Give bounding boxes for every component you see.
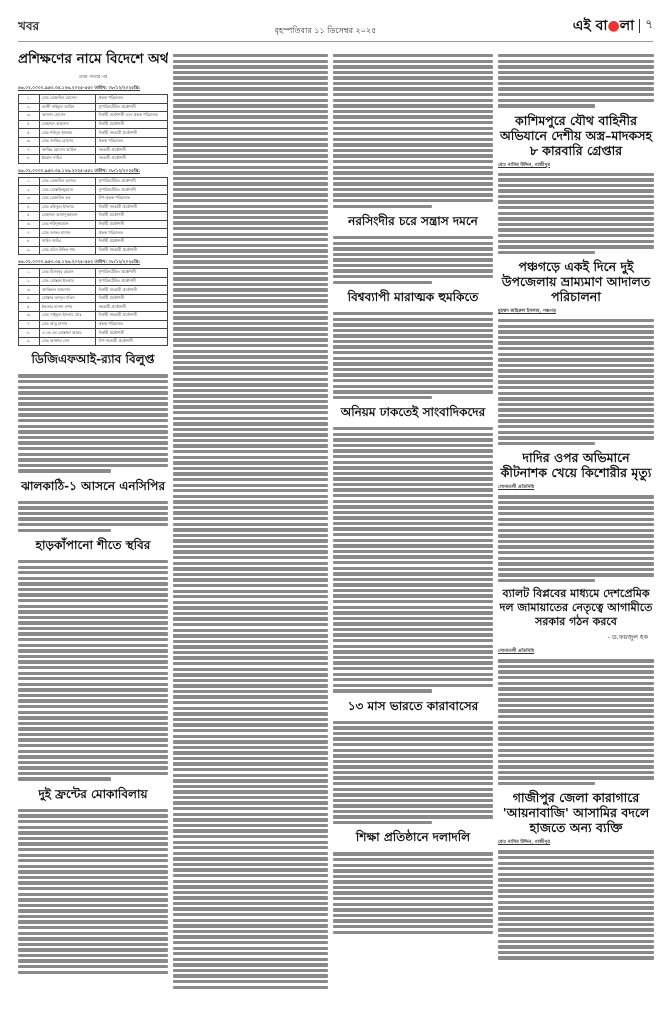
cell: ৪. (19, 120, 40, 129)
table-row: ৯.মোঃ আক্তার সেনউপ-সহকারী প্রকৌশলী (19, 337, 168, 346)
headline-dadir-obhiman: দাদির ওপর অভিমানে কীটনাশক খেয়ে কিশোরীর … (498, 450, 654, 480)
brand-logo: এই বা●লা (573, 14, 634, 38)
table-row: ২.কাজী সাইফুল আমিনসুপারিনটেন্ডিং প্রকৌশল… (19, 103, 168, 112)
article-body (333, 427, 493, 693)
cell: নির্বাহী প্রকৌশলী (96, 120, 168, 129)
cell: সুপারিনটেন্ডিং প্রকৌশলী (96, 177, 168, 186)
table-row: ৭.মোঃ আবু হাসানপ্রকল্প পরিচালক (19, 320, 168, 329)
headline-shikkha: শিক্ষা প্রতিষ্ঠানে দলাদলি (333, 829, 493, 849)
cell: ১. (19, 177, 40, 186)
main-headline: প্রশিক্ষণের নামে বিদেশে অর্থ প্রচার (18, 48, 168, 71)
table-row: ৩.মোঃ রেজাউল হকউপ-প্রকল্প পরিচালক (19, 194, 168, 203)
cell: ১. (19, 269, 40, 278)
cell: মোঃ সাইফুল ইসলাম চৌঃ (39, 312, 96, 321)
headline-dui-front: দুই ফ্রন্টের মোকাবিলায় (18, 786, 168, 806)
roster-table: ১.মোঃ রেজাউল আজমসুপারিনটেন্ডিং প্রকৌশলী … (18, 177, 168, 255)
byline: মোঃ নাসির উদ্দিন, গাজীপুর (498, 161, 654, 169)
article-body (18, 374, 168, 472)
headline-harkapano-sheet: হাড়কাঁপানো শীতে স্থবির (18, 537, 168, 557)
table-row: ৩.আজাদ হোসেননির্বাহী প্রকৌশলী এবং প্রকল্… (19, 112, 168, 121)
column-2 (173, 46, 328, 1018)
cell: সুপারিনটেন্ডিং প্রকৌশলী (96, 277, 168, 286)
table-row: ৫.মোহাম্মদ আসাদুজ্জামাননির্বাহী প্রকৌশলী (19, 212, 168, 221)
cell: ৩. (19, 112, 40, 121)
article-body (333, 721, 493, 825)
headline-kashimpur: কাশিমপুরে যৌথ বাহিনীর অভিযানে দেশীয় অস্… (498, 113, 654, 158)
cell: প্রকল্প পরিচালক (96, 95, 168, 104)
table-row: ৪.মোস্তাক আব্দুল মতিননির্বাহী প্রকৌশলী (19, 294, 168, 303)
cell: নির্বাহী প্রকৌশলী (96, 237, 168, 246)
cell: নির্বাহী সহকারী প্রকৌশলী (96, 203, 168, 212)
article-body (18, 560, 168, 781)
headline-aniyom: অনিয়ম ঢাকতেই সাংবাদিকদের (333, 404, 493, 424)
headline-narsingdi: নরসিংদীর চরে সন্ত্রাস দমনে (333, 213, 493, 233)
cell: ৬. (19, 220, 40, 229)
cell: ৬. (19, 312, 40, 321)
cell: মোঃ রবিন উদ্দিন শাহ (39, 246, 96, 255)
cell: জাকির হোসেন আমিন (39, 146, 96, 155)
table-row: ৬.মোঃ সাইফুল ইসলাম চৌঃনির্বাহী সহকারী প্… (19, 312, 168, 321)
roster-table-block: ৪৬.০২.০০০০.৯৫৩.৩৫.১২৬.২০২৫-৫৫২ তারিখ: ০৮… (18, 259, 168, 346)
cell: ৪. (19, 294, 40, 303)
quote-attribution: - ড.ফয়জুল হক (498, 632, 648, 643)
cell: ২. (19, 186, 40, 195)
cell: ৮. (19, 155, 40, 164)
roster-table-block: ৪৬.০২.০০০০.৯৫৩.৩৫.১২৬.২০২৫-৫৫০ তারিখ: ০৮… (18, 85, 168, 164)
table-row: ১.মোঃ মিজানুর রহমানসুপারিনটেন্ডিং প্রকৌশ… (19, 269, 168, 278)
cell: ৯. (19, 337, 40, 346)
cell: মোঃ শহিদুজ্জামান (39, 220, 96, 229)
article-body (18, 501, 168, 532)
cell: প্রকল্প পরিচালক (96, 320, 168, 329)
masthead-right: এই বা●লা ৭ (573, 14, 653, 38)
table-row: ৪.মোঃ রফিকুল ইসলামনির্বাহী সহকারী প্রকৌশ… (19, 203, 168, 212)
table-row: ৮.ইমরান সাহিবসহকারী প্রকৌশলী (19, 155, 168, 164)
brand-text-post: লা (620, 18, 635, 34)
cell: মোস্তাক আব্দুল মতিন (39, 294, 96, 303)
cell: নির্বাহী প্রকৌশলী (96, 220, 168, 229)
cell: মোঃ রেজাউল আজম (39, 177, 96, 186)
headline-dgfi-rab: ডিজিএফআই-র‍্যাব বিলুপ্ত (18, 351, 168, 371)
cell: কাজী সাইফুল আমিন (39, 103, 96, 112)
table-row: ২.মোঃ মোস্তফিজুরমানসুপারিনটেন্ডিং প্রকৌশ… (19, 186, 168, 195)
cell: মোহাম্মদ আসাদুজ্জামান (39, 212, 96, 221)
column-3: নরসিংদীর চরে সন্ত্রাস দমনে বিশ্বব্যাপী ম… (333, 46, 493, 1018)
cell: ৮. (19, 237, 40, 246)
byline: মুহম্মদ জহিরুল ইসলাম, পঞ্চগড় (498, 307, 654, 315)
cell: জাকিরুল আহসান (39, 286, 96, 295)
cell: ৫. (19, 129, 40, 138)
cell: সহকারী প্রকৌশলী (96, 303, 168, 312)
cell: ৬. (19, 137, 40, 146)
roster-table: ১.মোঃ মিজানুর রহমানসুপারিনটেন্ডিং প্রকৌশ… (18, 268, 168, 346)
cell: ৩. (19, 194, 40, 203)
cell: মোঃ জাফর হাসান (39, 229, 96, 238)
cell: মোঃ মোস্তফিজুরমান (39, 186, 96, 195)
article-body (333, 54, 493, 208)
headline-ballot-biplob: ব্যালট বিপ্লবের মাধ্যমে দেশপ্রেমিক দল জা… (498, 587, 654, 629)
table-row: ১.মোঃ রেজাউল আজমসুপারিনটেন্ডিং প্রকৌশলী (19, 177, 168, 186)
table-row: ৬.মোঃ শহিদুজ্জামাননির্বাহী প্রকৌশলী (19, 220, 168, 229)
article-body (498, 850, 654, 959)
cell: এ কে এম মোস্তাফা আলম (39, 329, 96, 338)
cell: মোঃ আক্তার সেন (39, 337, 96, 346)
headline-jhalokathi: ঝালকাঠি-১ আসনে এনসিপির (18, 478, 168, 498)
cell: সুপারিনটেন্ডিং প্রকৌশলী (96, 103, 168, 112)
article-body (498, 54, 654, 108)
article-body (333, 236, 493, 284)
table-caption: ৪৬.০২.০০০০.৯৫৩.৩৫.১২৬.২০২৫-৫৫০ তারিখ: ০৮… (18, 85, 168, 92)
table-row: ৮.সাহিদ জমিরনির্বাহী প্রকৌশলী (19, 237, 168, 246)
article-body (333, 852, 493, 933)
cell: মোঃ রফিকুল ইসলাম (39, 203, 96, 212)
cell: ৮. (19, 329, 40, 338)
masthead: খবর বৃহস্পতিবার ১১ ডিসেম্বর ২০২৫ এই বা●ল… (18, 20, 653, 42)
table-caption: ৪৬.০২.০০০০.৯৫৩.৩৫.১২৬.২০২৫-৫৫১ তারিখ: ০৮… (18, 168, 168, 175)
article-body (333, 312, 493, 399)
cell: ইমরান সাহিব (39, 155, 96, 164)
cell: মোঃ মোস্তফা ইসলাম (39, 277, 96, 286)
table-row: ৭.মোঃ জাফর হাসানপ্রকল্প পরিচালক (19, 229, 168, 238)
table-row: ৯.মোঃ রবিন উদ্দিন শাহনির্বাহী সহকারী প্র… (19, 246, 168, 255)
roster-table-block: ৪৬.০২.০০০০.৯৫৩.৩৫.১২৬.২০২৫-৫৫১ তারিখ: ০৮… (18, 168, 168, 255)
byline: সোনাতলী প্রতিনিধি (498, 483, 654, 491)
cell: নির্বাহী প্রকৌশলী (96, 212, 168, 221)
headline-bishwabyapi: বিশ্বব্যাপী মারাত্মক হুমকিতে (333, 289, 493, 309)
cell: মোঃ আবু হাসান (39, 320, 96, 329)
section-label: খবর (18, 18, 78, 38)
cell: আজাদ হোসেন (39, 112, 96, 121)
cell: নির্বাহী প্রকৌশলী (96, 329, 168, 338)
cell: সহকারী প্রকৌশলী (96, 155, 168, 164)
table-row: ২.মোঃ মোস্তফা ইসলামসুপারিনটেন্ডিং প্রকৌশ… (19, 277, 168, 286)
headline-gazipur-karagar: গাজীপুর জেলা কারাগারে 'আয়নাবাজি' আসামির… (498, 790, 654, 835)
headline-panchagarh: পঞ্চগড়ে একই দিনে দুই উপজেলায় ভ্রাম্যমা… (498, 259, 654, 304)
cell: ১. (19, 95, 40, 104)
table-caption: ৪৬.০২.০০০০.৯৫৩.৩৫.১২৬.২০২৫-৫৫২ তারিখ: ০৮… (18, 259, 168, 266)
issue-date: বৃহস্পতিবার ১১ ডিসেম্বর ২০২৫ (78, 25, 573, 38)
cell: ৪. (19, 203, 40, 212)
cell: প্রকল্প পরিচালক (96, 137, 168, 146)
headline-13-mas: ১৩ মাস ভারতে কারাবাসের (333, 698, 493, 718)
table-row: ৫.ইফতার হাসান রুপমসহকারী প্রকৌশলী (19, 303, 168, 312)
cell: ৭. (19, 320, 40, 329)
table-row: ৭.জাকির হোসেন আমিনসহকারী প্রকৌশলী (19, 146, 168, 155)
continued-note: প্রথম পাতার পর (18, 74, 168, 81)
article-body (498, 659, 654, 785)
table-row: ৩.জাকিরুল আহসাননির্বাহী সহকারী প্রকৌশলী (19, 286, 168, 295)
cell: ৫. (19, 212, 40, 221)
cell: মোঃ রেজাউল হক (39, 194, 96, 203)
cell: নির্বাহী সহকারী প্রকৌশলী (96, 286, 168, 295)
cell: মোঃ মিজানুর রহমান (39, 269, 96, 278)
cell: ৯. (19, 246, 40, 255)
cell: ইফতার হাসান রুপম (39, 303, 96, 312)
brand-sun-icon: ● (607, 18, 619, 34)
cell: নির্বাহী সহকারী প্রকৌশলী (96, 129, 168, 138)
cell: মোঃ জাকির হোসেন (39, 137, 96, 146)
cell: নির্বাহী সহকারী প্রকৌশলী (96, 312, 168, 321)
article-body (173, 54, 328, 989)
cell: নির্বাহী প্রকৌশলী (96, 294, 168, 303)
cell: ৩. (19, 286, 40, 295)
cell: নির্বাহী সহকারী প্রকৌশলী (96, 246, 168, 255)
cell: সহকারী প্রকৌশলী (96, 146, 168, 155)
cell: ২. (19, 103, 40, 112)
byline: সোনাতলী প্রতিনিধি (498, 647, 654, 655)
roster-table: ১.মোঃ রেজাউল হোসেনপ্রকল্প পরিচালক ২.কাজী… (18, 94, 168, 164)
page-number: ৭ (645, 16, 653, 36)
cell: মোঃ শহিদুল ইসলাম (39, 129, 96, 138)
cell: ২. (19, 277, 40, 286)
table-row: ৫.মোঃ শহিদুল ইসলামনির্বাহী সহকারী প্রকৌশ… (19, 129, 168, 138)
table-row: ১.মোঃ রেজাউল হোসেনপ্রকল্প পরিচালক (19, 95, 168, 104)
cell: নির্বাহী প্রকৌশলী এবং প্রকল্প পরিচালক (96, 112, 168, 121)
byline: মোঃ নাসির উদ্দিন, গাজীপুর (498, 838, 654, 846)
table-row: ৪.মোহাম্মদ আহসাননির্বাহী প্রকৌশলী (19, 120, 168, 129)
cell: উপ-সহকারী প্রকৌশলী (96, 337, 168, 346)
article-body (498, 319, 654, 445)
article-body (498, 173, 654, 254)
brand-text-pre: এই বা (573, 18, 608, 34)
column-1: প্রশিক্ষণের নামে বিদেশে অর্থ প্রচার প্রথ… (18, 46, 168, 1018)
table-row: ৬.মোঃ জাকির হোসেনপ্রকল্প পরিচালক (19, 137, 168, 146)
cell: ৭. (19, 146, 40, 155)
article-body (18, 809, 168, 974)
cell: ৭. (19, 229, 40, 238)
cell: প্রকল্প পরিচালক (96, 229, 168, 238)
cell: সুপারিনটেন্ডিং প্রকৌশলী (96, 186, 168, 195)
table-row: ৮.এ কে এম মোস্তাফা আলমনির্বাহী প্রকৌশলী (19, 329, 168, 338)
cell: সুপারিনটেন্ডিং প্রকৌশলী (96, 269, 168, 278)
article-body (498, 495, 654, 582)
cell: ৫. (19, 303, 40, 312)
cell: উপ-প্রকল্প পরিচালক (96, 194, 168, 203)
divider (639, 19, 640, 33)
cell: সাহিদ জমির (39, 237, 96, 246)
column-4: কাশিমপুরে যৌথ বাহিনীর অভিযানে দেশীয় অস্… (498, 46, 654, 1018)
cell: মোঃ রেজাউল হোসেন (39, 95, 96, 104)
cell: মোহাম্মদ আহসান (39, 120, 96, 129)
